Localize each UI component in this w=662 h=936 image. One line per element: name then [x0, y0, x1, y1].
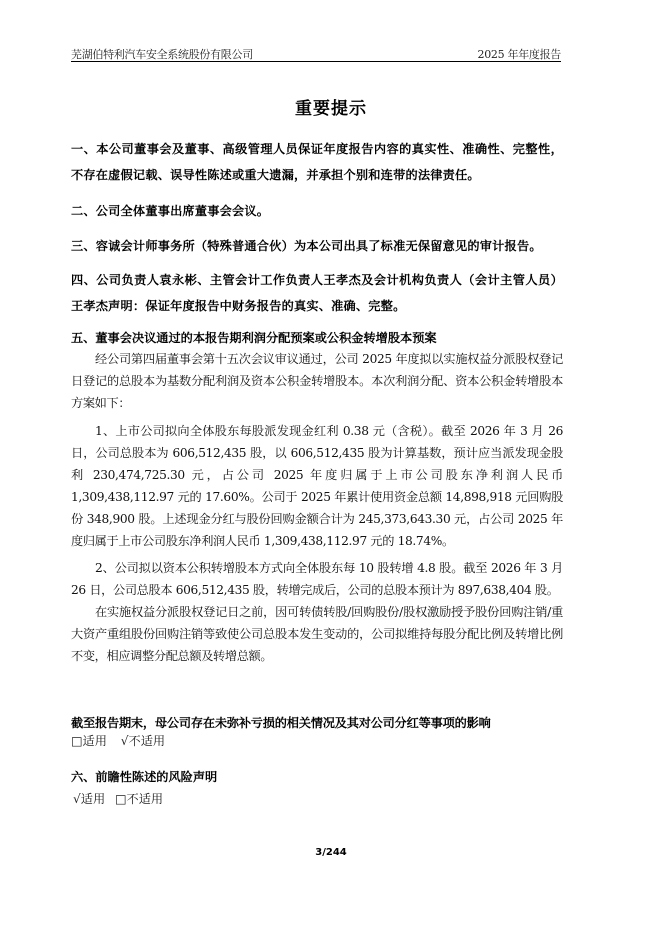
- section-5-item-2: 2、公司拟以资本公积转增股本方式向全体股东每 10 股转增 4.8 股。截至 2…: [71, 557, 563, 601]
- section-5-note: 在实施权益分派股权登记日之前，因可转债转股/回购股份/股权激励授予股份回购注销/…: [71, 601, 563, 667]
- section-2-statement: 二、公司全体董事出席董事会会议。: [71, 198, 563, 224]
- section-6-options: √适用 □不适用: [73, 790, 173, 808]
- header-report-title: 2025 年年度报告: [478, 46, 562, 62]
- section-5-intro: 经公司第四届董事会第十五次会议审议通过，公司 2025 年度拟以实施权益分派股权…: [71, 348, 563, 414]
- header-company-name: 芜湖伯特利汽车安全系统股份有限公司: [71, 46, 253, 62]
- option-not-applicable-unchecked: □不适用: [115, 792, 163, 806]
- loss-note-heading: 截至报告期末，母公司存在未弥补亏损的相关情况及其对公司分红等事项的影响: [71, 714, 563, 732]
- section-4-statement: 四、公司负责人袁永彬、主管会计工作负责人王孝杰及会计机构负责人（会计主管人员）王…: [71, 267, 563, 319]
- option-not-applicable-checked: √不适用: [121, 734, 165, 748]
- section-5-item-1: 1、上市公司拟向全体股东每股派发现金红利 0.38 元（含税）。截至 2026 …: [71, 420, 563, 552]
- option-applicable-checked: √适用: [73, 792, 105, 806]
- section-1-statement: 一、本公司董事会及董事、高级管理人员保证年度报告内容的真实性、准确性、完整性，不…: [71, 136, 563, 188]
- loss-note-options: □适用 √不适用: [71, 732, 175, 750]
- page-title: 重要提示: [0, 94, 662, 119]
- section-5-heading: 五、董事会决议通过的本报告期利润分配预案或公积金转增股本预案: [71, 328, 563, 348]
- section-6-heading: 六、前瞻性陈述的风险声明: [71, 768, 217, 786]
- section-3-statement: 三、容诚会计师事务所（特殊普通合伙）为本公司出具了标准无保留意见的审计报告。: [71, 233, 563, 259]
- page-header: 芜湖伯特利汽车安全系统股份有限公司 2025 年年度报告: [71, 46, 561, 62]
- option-applicable-unchecked: □适用: [71, 734, 107, 748]
- page-number: 3/244: [0, 847, 662, 858]
